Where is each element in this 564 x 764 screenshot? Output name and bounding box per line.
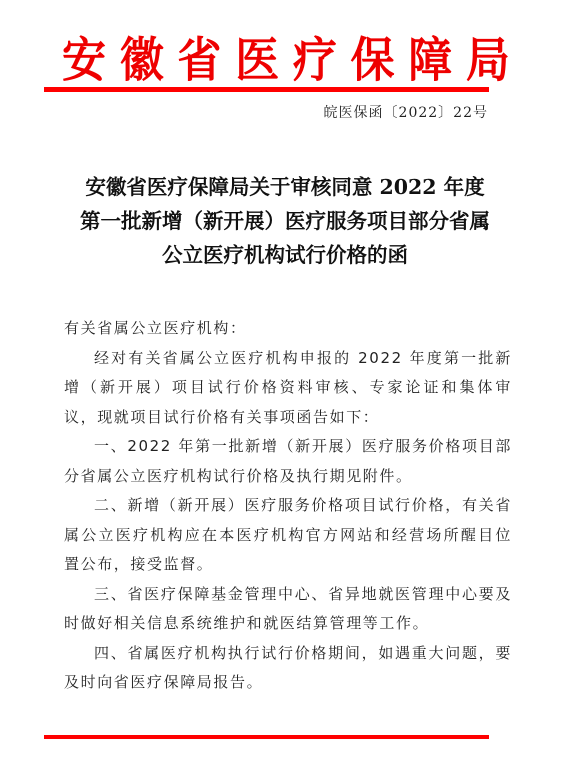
org-title-char: 医 — [235, 21, 279, 90]
item-paragraph-1: 一、2022 年第一批新增（新开展）医疗服务价格项目部分省属公立医疗机构试行价格… — [64, 432, 512, 491]
salutation: 有关省属公立医疗机构： — [64, 314, 512, 344]
item-paragraph-3: 三、省医疗保障基金管理中心、省异地就医管理中心要及时做好相关信息系统维护和就医结… — [64, 580, 512, 639]
item-paragraph-2: 二、新增（新开展）医疗服务价格项目试行价格，有关省属公立医疗机构应在本医疗机构官… — [64, 491, 512, 580]
document-title-line: 第一批新增（新开展）医疗服务项目部分省属 — [40, 204, 530, 238]
org-title-char: 局 — [466, 21, 510, 90]
org-title-char: 徽 — [120, 21, 164, 90]
document-title-line: 公立医疗机构试行价格的函 — [40, 238, 530, 272]
document-body: 有关省属公立医疗机构： 经对有关省属公立医疗机构申报的 2022 年度第一批新增… — [64, 314, 512, 698]
org-title-char: 障 — [408, 21, 452, 90]
org-title-char: 疗 — [293, 21, 337, 90]
document-title-line: 安徽省医疗保障局关于审核同意 2022 年度 — [40, 170, 530, 204]
document-title: 安徽省医疗保障局关于审核同意 2022 年度 第一批新增（新开展）医疗服务项目部… — [40, 170, 530, 272]
issuing-authority-title: 安 徽 省 医 疗 保 障 局 — [62, 28, 510, 84]
org-title-char: 省 — [177, 21, 221, 90]
intro-paragraph: 经对有关省属公立医疗机构申报的 2022 年度第一批新增（新开展）项目试行价格资… — [64, 344, 512, 433]
red-footer-rule — [44, 735, 489, 739]
document-number: 皖医保函〔2022〕22号 — [324, 102, 488, 122]
org-title-char: 保 — [351, 21, 395, 90]
red-header-rule — [44, 87, 489, 92]
item-paragraph-4: 四、省属医疗机构执行试行价格期间，如遇重大问题，要及时向省医疗保障局报告。 — [64, 639, 512, 698]
org-title-char: 安 — [62, 21, 106, 90]
